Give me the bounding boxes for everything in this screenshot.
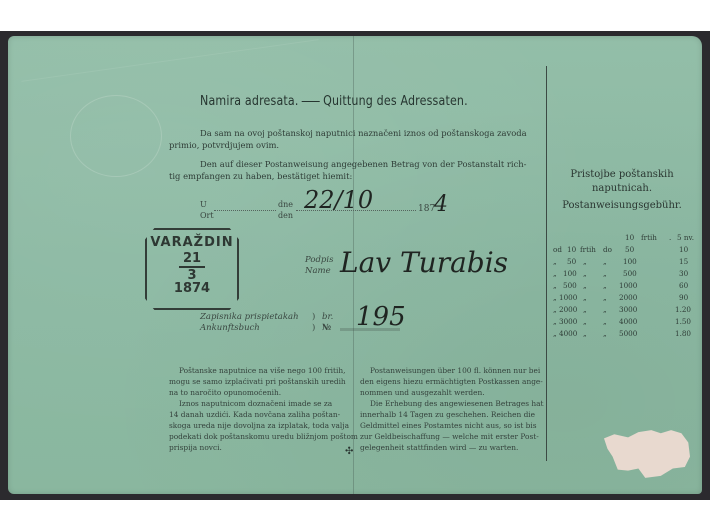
fee-from: 3000 bbox=[559, 317, 577, 326]
fee-to: 2000 bbox=[619, 293, 637, 302]
fee-amount: 30 bbox=[679, 269, 688, 278]
fee-amount: 90 bbox=[679, 293, 688, 302]
title-croatian: Namira adresata. bbox=[200, 93, 299, 109]
fee-unit: „ bbox=[583, 269, 587, 278]
fee-unit: „ bbox=[583, 329, 587, 338]
postmark-month: 3 bbox=[147, 269, 237, 282]
fee-prefix: „ bbox=[553, 281, 557, 290]
fee-unit: „ bbox=[583, 293, 587, 302]
fee-amount: 15 bbox=[679, 257, 688, 266]
varazdin-postmark: VARAŽDIN 21 3 1874 bbox=[145, 228, 239, 310]
note-line: mogu se samo izplaćivati pri poštanskih … bbox=[169, 376, 358, 387]
note-line: innerhalb 14 Tagen zu geschehen. Reichen… bbox=[360, 409, 544, 420]
brace-1: ) bbox=[312, 312, 315, 322]
fee-from: 1000 bbox=[559, 293, 577, 302]
label-no: № bbox=[322, 323, 331, 333]
fee-header-unit: frtih bbox=[641, 233, 657, 242]
label-ort: Ort bbox=[200, 210, 214, 221]
fee-amount: 10 bbox=[679, 245, 688, 254]
brace-2: ) bbox=[312, 323, 315, 333]
label-br: br. bbox=[322, 312, 333, 322]
label-register-hr: Zapisnika prispietakah bbox=[200, 312, 299, 322]
note-line: Postanweisungen über 100 fl. können nur … bbox=[360, 365, 544, 376]
handwritten-signature: Lav Turabis bbox=[340, 246, 508, 279]
croatian-text-line-1: Da sam na ovoj poštanskoj naputnici nazn… bbox=[200, 128, 527, 140]
note-line: nommen und ausgezahlt werden. bbox=[360, 387, 544, 398]
handwritten-register-number: 195 bbox=[356, 302, 406, 332]
note-line: den eigens hiezu ermächtigten Postkassen… bbox=[360, 376, 544, 387]
label-den: den bbox=[278, 210, 293, 221]
fee-prefix: „ bbox=[553, 293, 557, 302]
notes-croatian: Poštanske naputnice na više nego 100 fri… bbox=[169, 365, 358, 453]
fee-to: 3000 bbox=[619, 305, 637, 314]
faint-circle-mark bbox=[70, 95, 162, 177]
document-title: Namira adresata.Quittung des Adressaten. bbox=[200, 93, 462, 109]
fee-to: 5000 bbox=[619, 329, 637, 338]
fee-do: „ bbox=[603, 317, 607, 326]
note-line: Iznos naputnicom doznačeni imade se za bbox=[169, 398, 358, 409]
fee-prefix: „ bbox=[553, 329, 557, 338]
fee-from: 100 bbox=[563, 269, 577, 278]
german-text-line-2: tig empfangen zu haben, bestätiget hiemi… bbox=[169, 171, 352, 183]
fee-title-de: Postanweisungsgebühr. bbox=[548, 199, 696, 213]
fee-to: 1000 bbox=[619, 281, 637, 290]
fee-to: 500 bbox=[623, 269, 637, 278]
german-text-line-1: Den auf dieser Postanweisung angegebenen… bbox=[200, 159, 527, 171]
note-line: zur Geldbeischaffung — welche mit erster… bbox=[360, 431, 544, 442]
fee-prefix: od bbox=[553, 245, 562, 254]
note-line: 14 danah uzdići. Kada novčana zaliha poš… bbox=[169, 409, 358, 420]
fee-amount: 1.20 bbox=[675, 305, 691, 314]
fee-amount: 1.80 bbox=[675, 329, 691, 338]
note-line: prispija novci. bbox=[169, 442, 358, 453]
fee-unit: frtih bbox=[580, 245, 596, 254]
fee-to: 4000 bbox=[619, 317, 637, 326]
note-line: Die Erhebung des angewiesenen Betrages h… bbox=[360, 398, 544, 409]
fee-header-fee: 5 nv. bbox=[677, 233, 694, 242]
croatian-text-line-2: primio, potvrdjujem ovim. bbox=[169, 140, 279, 152]
fee-header-to: 10 bbox=[625, 233, 634, 242]
fee-amount: 60 bbox=[679, 281, 688, 290]
fee-header-comma: . bbox=[669, 233, 671, 242]
fee-prefix: „ bbox=[553, 317, 557, 326]
title-german: Quittung des Adressaten. bbox=[323, 93, 468, 109]
fee-do: „ bbox=[603, 293, 607, 302]
fee-schedule-title: Pristojbe poštanskih naputnicah. Postanw… bbox=[548, 168, 696, 213]
fee-do: „ bbox=[603, 257, 607, 266]
note-line: Geldmittel eines Postamtes nicht aus, so… bbox=[360, 420, 544, 431]
handwritten-year: 4 bbox=[434, 192, 448, 217]
fee-do: „ bbox=[603, 305, 607, 314]
fee-unit: „ bbox=[583, 257, 587, 266]
postmark-day: 21 bbox=[147, 252, 237, 265]
fee-prefix: „ bbox=[553, 257, 557, 266]
fee-from: 50 bbox=[567, 257, 576, 266]
fee-from: 4000 bbox=[559, 329, 577, 338]
fee-do: „ bbox=[603, 281, 607, 290]
year-prefix: 187 bbox=[418, 204, 435, 215]
fee-from: 500 bbox=[563, 281, 577, 290]
note-line: podekati dok poštanskomu uredu bližnjom … bbox=[169, 431, 358, 442]
title-dash bbox=[302, 101, 320, 102]
fee-from: 2000 bbox=[559, 305, 577, 314]
fee-from: 10 bbox=[567, 245, 576, 254]
label-dne: dne bbox=[278, 199, 293, 210]
fee-do: do bbox=[603, 245, 612, 254]
fee-column-divider bbox=[546, 66, 547, 461]
note-line: Poštanske naputnice na više nego 100 fri… bbox=[169, 365, 358, 376]
fee-to: 100 bbox=[623, 257, 637, 266]
fee-do: „ bbox=[603, 269, 607, 278]
label-podpis: Podpis bbox=[305, 255, 333, 265]
fee-prefix: „ bbox=[553, 269, 557, 278]
postmark-year: 1874 bbox=[147, 282, 237, 296]
fee-to: 50 bbox=[625, 245, 634, 254]
label-register-de: Ankunftsbuch bbox=[200, 323, 260, 333]
fee-unit: „ bbox=[583, 305, 587, 314]
fee-unit: „ bbox=[583, 317, 587, 326]
note-line: na to naročito opunomoćenih. bbox=[169, 387, 358, 398]
label-u: U bbox=[200, 199, 207, 210]
notes-german: Postanweisungen über 100 fl. können nur … bbox=[360, 365, 544, 453]
fee-prefix: „ bbox=[553, 305, 557, 314]
label-name: Name bbox=[305, 266, 331, 276]
note-line: gelegenheit stattfinden wird — zu warten… bbox=[360, 442, 544, 453]
fee-title-hr-2: naputnicah. bbox=[548, 182, 696, 196]
place-line bbox=[214, 210, 276, 211]
fee-unit: „ bbox=[583, 281, 587, 290]
note-line: skoga ureda nije dovoljna za izplatak, t… bbox=[169, 420, 358, 431]
fee-amount: 1.50 bbox=[675, 317, 691, 326]
small-ink-mark: ✣ bbox=[345, 446, 353, 457]
fee-do: „ bbox=[603, 329, 607, 338]
handwritten-date: 22/10 bbox=[304, 186, 373, 214]
postmark-city: VARAŽDIN bbox=[147, 235, 237, 250]
fee-title-hr-1: Pristojbe poštanskih bbox=[548, 168, 696, 182]
